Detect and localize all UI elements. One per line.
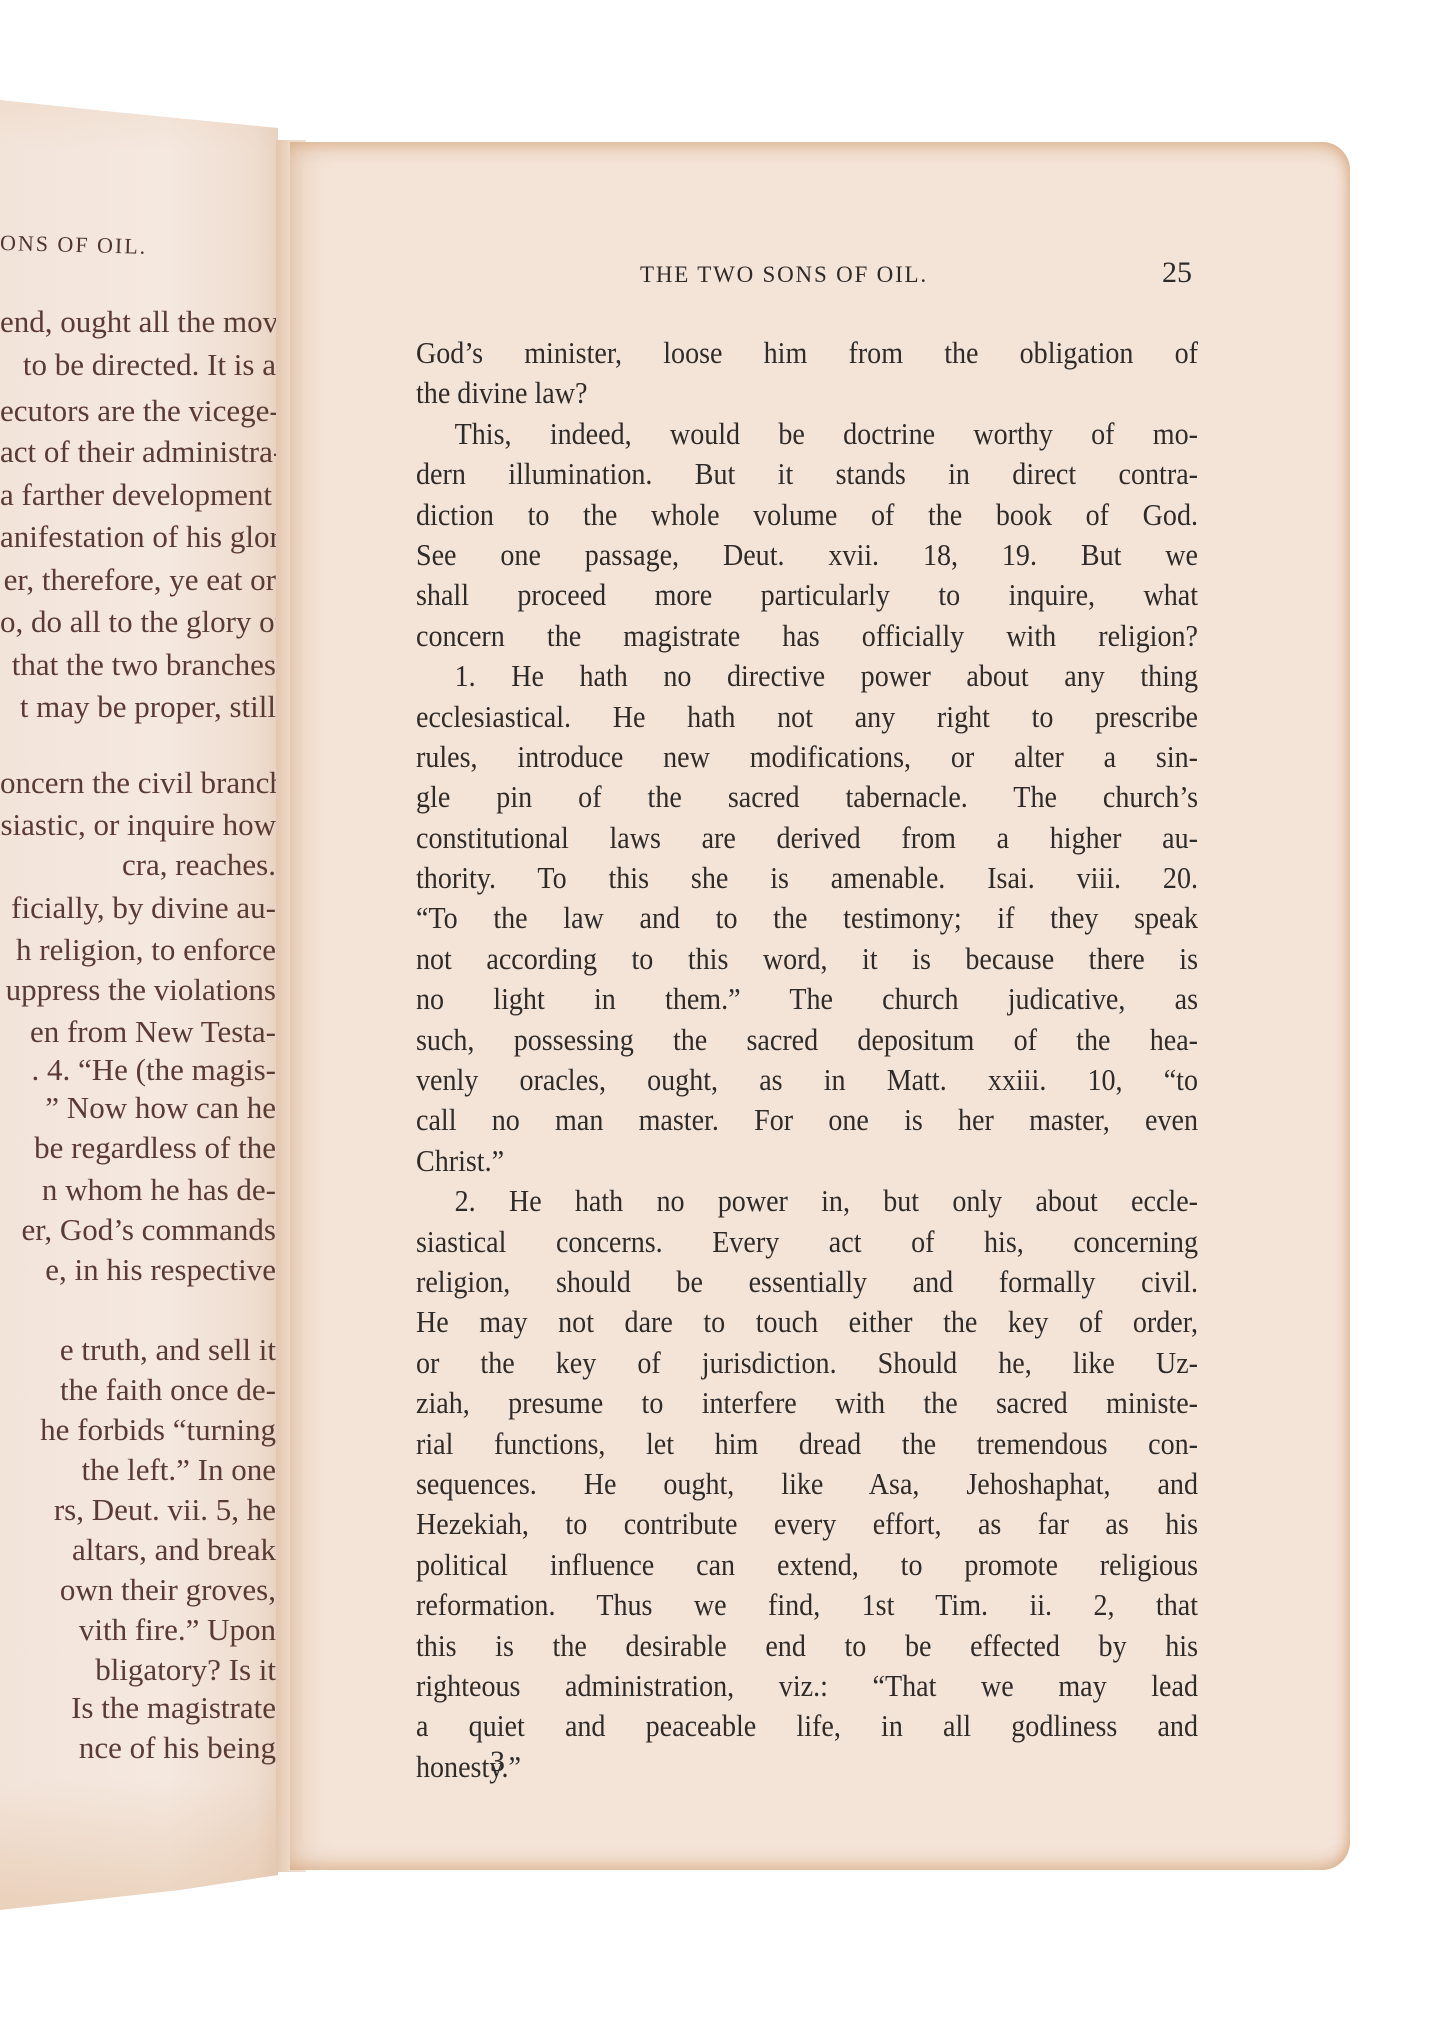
left-page-line: oncern the civil branch — [0, 765, 276, 801]
left-page: ONS OF OIL. end, ought all the move-to b… — [0, 0, 278, 2023]
body-text-line: the divine law? — [416, 373, 1198, 413]
left-page-line: er, therefore, ye eat or — [0, 562, 276, 598]
left-running-head: ONS OF OIL. — [0, 230, 148, 260]
body-text-line: Christ.” — [416, 1141, 1198, 1181]
left-page-line: n whom he has de- — [0, 1172, 276, 1208]
left-page-line: . 4. “He (the magis- — [0, 1052, 276, 1088]
left-page-line: Is the magistrate — [0, 1690, 276, 1726]
left-page-line: bligatory? Is it — [0, 1652, 276, 1688]
body-text-line: venly oracles, ought, as in Matt. xxiii.… — [416, 1060, 1198, 1100]
body-text-line: 2. He hath no power in, but only about e… — [416, 1181, 1198, 1221]
left-page-line: t may be proper, still — [0, 689, 276, 725]
body-text-line: righteous administration, viz.: “That we… — [416, 1666, 1198, 1706]
body-text-line: reformation. Thus we find, 1st Tim. ii. … — [416, 1585, 1198, 1625]
body-text-line: rial functions, let him dread the tremen… — [416, 1424, 1198, 1464]
left-page-line: nce of his being — [0, 1730, 276, 1766]
body-text-line: 1. He hath no directive power about any … — [416, 656, 1198, 696]
body-text-line: See one passage, Deut. xvii. 18, 19. But… — [416, 535, 1198, 575]
running-head: THE TWO SONS OF OIL. — [640, 262, 928, 288]
body-text-line: God’s minister, loose him from the oblig… — [416, 333, 1198, 373]
left-page-line: uppress the violations — [0, 972, 276, 1008]
page-number: 25 — [1162, 256, 1192, 290]
left-page-line: anifestation of his glory. — [0, 519, 276, 555]
body-text-line: not according to this word, it is becaus… — [416, 939, 1198, 979]
left-page-line: own their groves, — [0, 1572, 276, 1608]
body-text-line: thority. To this she is amenable. Isai. … — [416, 858, 1198, 898]
body-text-line: sequences. He ought, like Asa, Jehoshaph… — [416, 1464, 1198, 1504]
left-page-line: that the two branches — [0, 647, 276, 683]
left-page-line: e, in his respective — [0, 1252, 276, 1288]
left-page-line: o, do all to the glory of — [0, 604, 276, 640]
body-text-line: concern the magistrate has officially wi… — [416, 616, 1198, 656]
body-text-line: Hezekiah, to contribute every effort, as… — [416, 1504, 1198, 1544]
body-text-line: call no man master. For one is her maste… — [416, 1100, 1198, 1140]
left-page-line: the left.” In one — [0, 1452, 276, 1488]
left-page-line: the faith once de- — [0, 1372, 276, 1408]
body-text-line: this is the desirable end to be effected… — [416, 1626, 1198, 1666]
body-text-line: This, indeed, would be doctrine worthy o… — [416, 414, 1198, 454]
left-page-line: h religion, to enforce — [0, 932, 276, 968]
left-page-line: a farther development of — [0, 477, 276, 513]
body-text-line: shall proceed more particularly to inqui… — [416, 575, 1198, 615]
left-page-line: cra, reaches. — [0, 847, 276, 883]
left-page-line: end, ought all the move- — [0, 304, 276, 340]
signature-mark: 3 — [490, 1745, 505, 1779]
body-text-line: siastical concerns. Every act of his, co… — [416, 1222, 1198, 1262]
left-page-line: to be directed. It is a — [0, 347, 276, 383]
left-page-line: be regardless of the — [0, 1130, 276, 1166]
body-text-line: political influence can extend, to promo… — [416, 1545, 1198, 1585]
body-text-line: dern illumination. But it stands in dire… — [416, 454, 1198, 494]
left-page-line: ficially, by divine au- — [0, 890, 276, 926]
left-page-line: er, God’s commands — [0, 1212, 276, 1248]
body-text-line: rules, introduce new modifications, or a… — [416, 737, 1198, 777]
body-text-line: such, possessing the sacred depositum of… — [416, 1020, 1198, 1060]
body-text-line: “To the law and to the testimony; if the… — [416, 898, 1198, 938]
body-text-line: He may not dare to touch either the key … — [416, 1302, 1198, 1342]
body-text-line: honesty.” — [416, 1747, 1198, 1787]
left-page-line: vith fire.” Upon — [0, 1612, 276, 1648]
body-text-line: constitutional laws are derived from a h… — [416, 818, 1198, 858]
body-text-line: gle pin of the sacred tabernacle. The ch… — [416, 777, 1198, 817]
left-page-line: e truth, and sell it — [0, 1332, 276, 1368]
left-page-line: rs, Deut. vii. 5, he — [0, 1492, 276, 1528]
body-text-line: no light in them.” The church judicative… — [416, 979, 1198, 1019]
body-text-line: ziah, presume to interfere with the sacr… — [416, 1383, 1198, 1423]
body-text-line: or the key of jurisdiction. Should he, l… — [416, 1343, 1198, 1383]
body-text-line: ecclesiastical. He hath not any right to… — [416, 697, 1198, 737]
right-page-body-text: God’s minister, loose him from the oblig… — [416, 333, 1198, 1787]
left-page-line: he forbids “turning — [0, 1412, 276, 1448]
left-page-line: en from New Testa- — [0, 1014, 276, 1050]
left-page-line: ecutors are the vicege- — [0, 393, 276, 429]
body-text-line: diction to the whole volume of the book … — [416, 495, 1198, 535]
left-page-line: altars, and break — [0, 1532, 276, 1568]
left-page-line: siastic, or inquire how — [0, 807, 276, 843]
body-text-line: a quiet and peaceable life, in all godli… — [416, 1706, 1198, 1746]
body-text-line: religion, should be essentially and form… — [416, 1262, 1198, 1302]
left-page-line: ” Now how can he — [0, 1090, 276, 1126]
left-page-line: act of their administra- — [0, 434, 276, 470]
